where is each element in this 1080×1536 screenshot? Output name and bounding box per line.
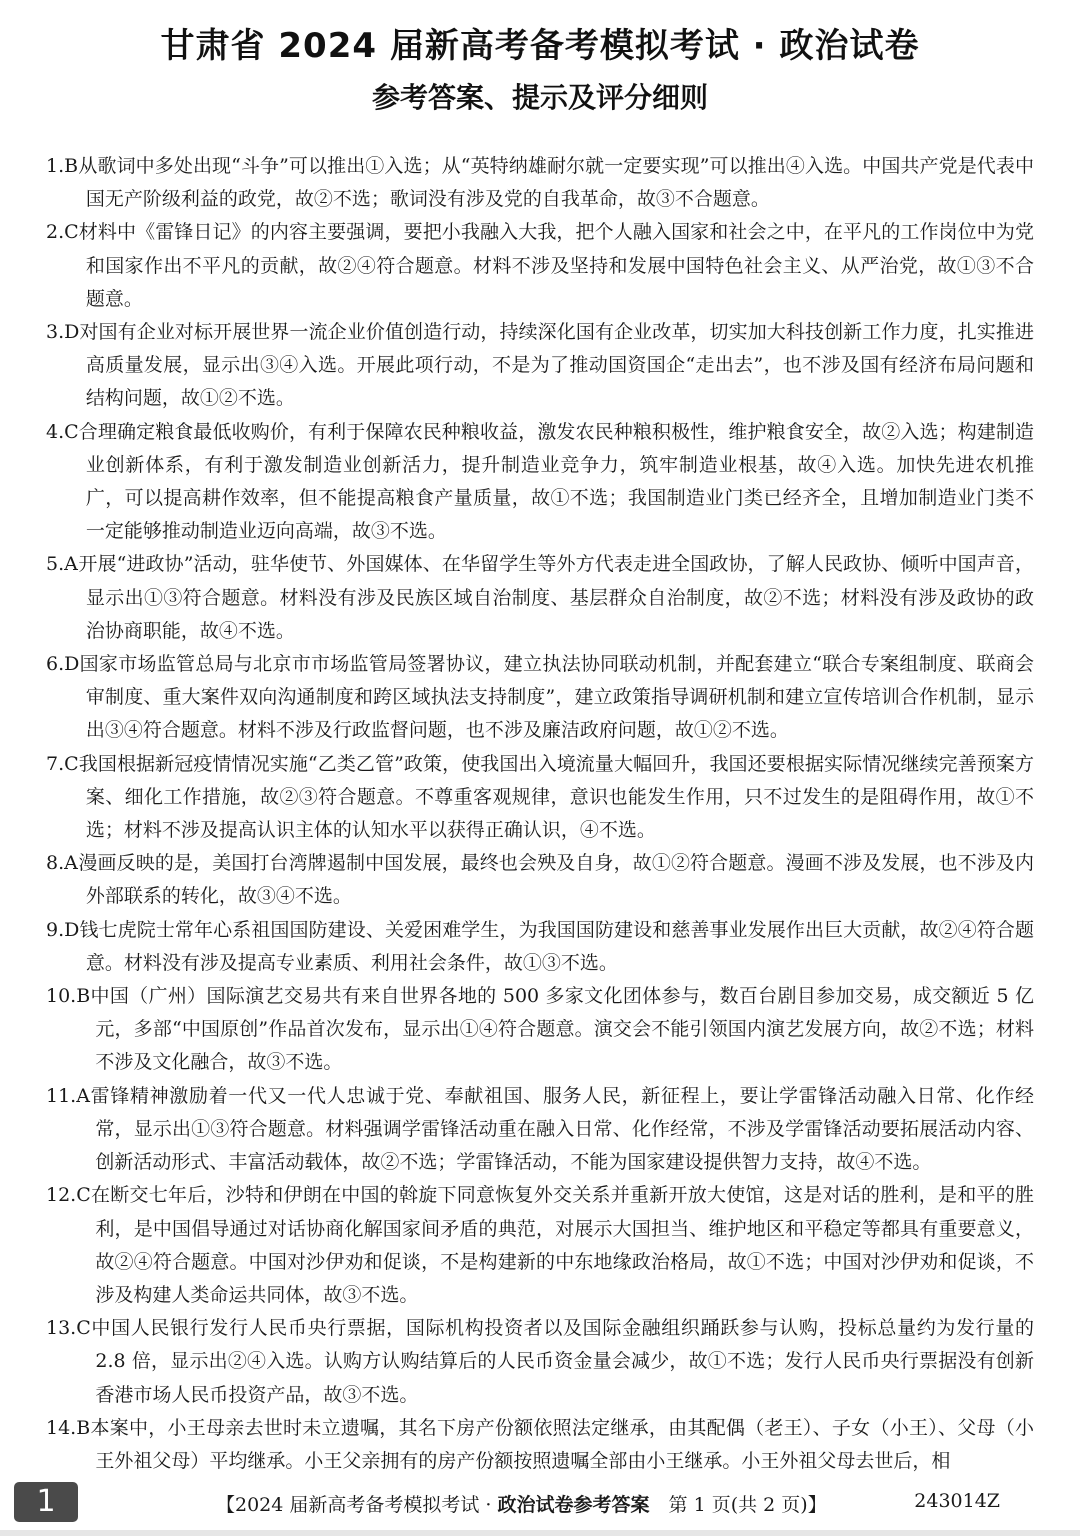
answer-item-13: 13.C中国人民银行发行人民币央行票据，国际机构投资者以及国际金融组织踊跃参与认… [46,1312,1034,1412]
answer-item-5: 5.A开展“进政协”活动，驻华使节、外国媒体、在华留学生等外方代表走进全国政协，… [46,548,1034,648]
footer-prefix: 【2024 届新高考备考模拟考试 · [216,1494,498,1516]
page-number-badge: 1 [14,1482,78,1522]
answer-text: 中国人民银行发行人民币央行票据，国际机构投资者以及国际金融组织踊跃参与认购，投标… [91,1317,1034,1405]
answer-item-2: 2.C材料中《雷锋日记》的内容主要强调，要把小我融入大我，把个人融入国家和社会之… [46,216,1034,316]
answer-item-1: 1.B从歌词中多处出现“斗争”可以推出①入选；从“英特纳雄耐尔就一定要实现”可以… [46,150,1034,216]
answer-number: 7.C [46,748,79,781]
answer-item-3: 3.D对国有企业对标开展世界一流企业价值创造行动，持续深化国有企业改革，切实加大… [46,316,1034,416]
answer-number: 9.D [46,914,79,947]
answer-text: 在断交七年后，沙特和伊朗在中国的斡旋下同意恢复外交关系并重新开放大使馆，这是对话… [91,1184,1034,1306]
answer-item-6: 6.D国家市场监管总局与北京市市场监管局签署协议，建立执法协同联动机制，并配套建… [46,648,1034,748]
answer-number: 8.A [46,847,78,880]
answer-text: 钱七虎院士常年心系祖国国防建设、关爱困难学生，为我国国防建设和慈善事业发展作出巨… [79,919,1034,974]
answer-text: 雷锋精神激励着一代又一代人忠诚于党、奉献祖国、服务人民，新征程上，要让学雷锋活动… [90,1085,1034,1173]
answer-number: 13.C [46,1312,91,1345]
answer-list: 1.B从歌词中多处出现“斗争”可以推出①入选；从“英特纳雄耐尔就一定要实现”可以… [46,150,1034,1478]
answer-text: 我国根据新冠疫情情况实施“乙类乙管”政策，使我国出入境流量大幅回升，我国还要根据… [79,753,1034,841]
page-footer: 1 【2024 届新高考备考模拟考试 · 政治试卷参考答案 第 1 页(共 2 … [0,1478,1080,1528]
answer-text: 漫画反映的是，美国打台湾牌遏制中国发展，最终也会殃及自身，故①②符合题意。漫画不… [78,852,1034,907]
footer-bold: 政治试卷参考答案 [498,1494,650,1516]
answer-item-9: 9.D钱七虎院士常年心系祖国国防建设、关爱困难学生，为我国国防建设和慈善事业发展… [46,914,1034,980]
answer-item-4: 4.C合理确定粮食最低收购价，有利于保障农民种粮收益，激发农民种粮积极性，维护粮… [46,416,1034,549]
answer-number: 14.B [46,1412,90,1445]
answer-number: 5.A [46,548,78,581]
answer-item-12: 12.C在断交七年后，沙特和伊朗在中国的斡旋下同意恢复外交关系并重新开放大使馆，… [46,1179,1034,1312]
answer-number: 1.B [46,150,78,183]
answer-text: 国家市场监管总局与北京市市场监管局签署协议，建立执法协同联动机制，并配套建立“联… [79,653,1034,741]
bottom-divider [0,1530,1080,1536]
answer-item-11: 11.A雷锋精神激励着一代又一代人忠诚于党、奉献祖国、服务人民，新征程上，要让学… [46,1080,1034,1180]
answer-text: 从歌词中多处出现“斗争”可以推出①入选；从“英特纳雄耐尔就一定要实现”可以推出④… [78,155,1034,210]
document-title: 甘肃省 2024 届新高考备考模拟考试 · 政治试卷 [0,18,1080,67]
answer-item-7: 7.C我国根据新冠疫情情况实施“乙类乙管”政策，使我国出入境流量大幅回升，我国还… [46,748,1034,848]
document-subtitle: 参考答案、提示及评分细则 [0,76,1080,116]
answer-text: 开展“进政协”活动，驻华使节、外国媒体、在华留学生等外方代表走进全国政协，了解人… [78,553,1034,641]
answer-number: 3.D [46,316,79,349]
answer-text: 对国有企业对标开展世界一流企业价值创造行动，持续深化国有企业改革，切实加大科技创… [79,321,1034,409]
answer-number: 11.A [46,1080,90,1113]
answer-item-14: 14.B本案中，小王母亲去世时未立遗嘱，其名下房产份额依照法定继承，由其配偶（老… [46,1412,1034,1478]
answer-text: 合理确定粮食最低收购价，有利于保障农民种粮收益，激发农民种粮积极性，维护粮食安全… [79,421,1034,543]
footer-caption: 【2024 届新高考备考模拟考试 · 政治试卷参考答案 第 1 页(共 2 页)… [216,1490,827,1517]
answer-number: 2.C [46,216,79,249]
answer-number: 12.C [46,1179,91,1212]
answer-item-8: 8.A漫画反映的是，美国打台湾牌遏制中国发展，最终也会殃及自身，故①②符合题意。… [46,847,1034,913]
answer-item-10: 10.B中国（广州）国际演艺交易共有来自世界各地的 500 多家文化团体参与，数… [46,980,1034,1080]
answer-number: 6.D [46,648,79,681]
answer-text: 本案中，小王母亲去世时未立遗嘱，其名下房产份额依照法定继承，由其配偶（老王）、子… [90,1417,1034,1472]
answer-number: 10.B [46,980,90,1013]
answer-text: 中国（广州）国际演艺交易共有来自世界各地的 500 多家文化团体参与，数百台剧目… [90,985,1034,1073]
answer-text: 材料中《雷锋日记》的内容主要强调，要把小我融入大我，把个人融入国家和社会之中，在… [79,221,1034,309]
footer-suffix: 第 1 页(共 2 页)】 [650,1494,827,1516]
document-code: 243014Z [914,1490,1000,1512]
answer-number: 4.C [46,416,79,449]
